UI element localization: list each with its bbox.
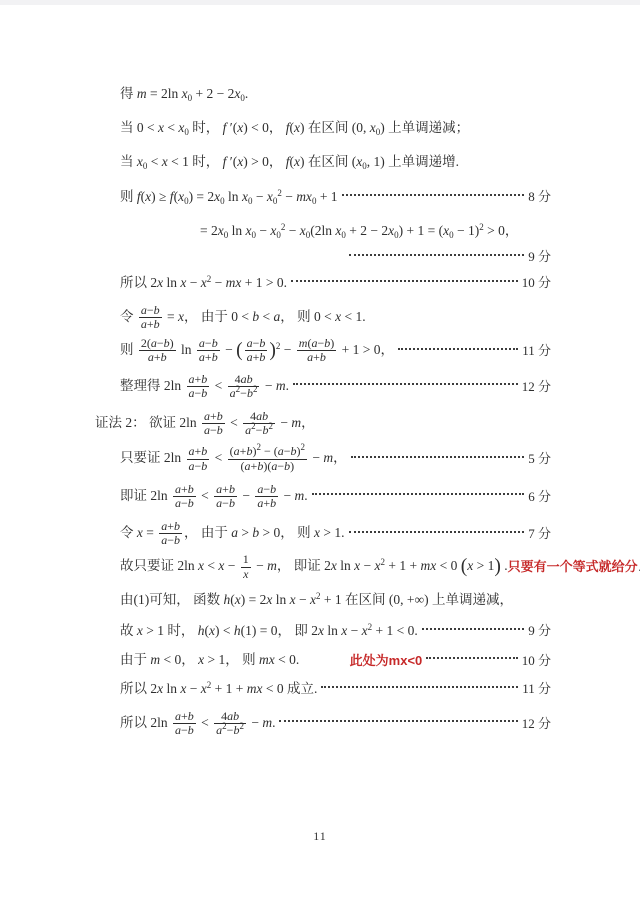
score-label: 6 分: [528, 488, 551, 506]
dotted-leader: [398, 348, 518, 350]
math-content: 当 x0 < x < 1 时， f ′(x) > 0， f(x) 在区间 (x0…: [120, 153, 459, 171]
math-content: 令 a−ba+b = x， 由于 0 < b < a， 则 0 < x < 1.: [120, 304, 366, 331]
math-line: 则 f(x) ≥ f(x0) = 2x0 ln x0 − x02 − mx0 +…: [95, 188, 551, 206]
math-content: 证法 2： 欲证 2ln a+ba−b < 4aba2−b2 − m，: [95, 410, 315, 437]
score-label: 7 分: [528, 525, 551, 543]
math-content: 由(1)可知， 函数 h(x) = 2x ln x − x2 + 1 在区间 (…: [120, 591, 513, 609]
score-label: 9 分: [528, 248, 551, 266]
math-line: 证法 2： 欲证 2ln a+ba−b < 4aba2−b2 − m，: [95, 410, 551, 437]
solution-lines: 得 m = 2ln x0 + 2 − 2x0. 当 0 < x < x0 时， …: [95, 5, 551, 737]
math-line: 得 m = 2ln x0 + 2 − 2x0.: [95, 85, 551, 103]
math-content: 即证 2ln a+ba−b < a+ba−b − a−ba+b − m.: [120, 483, 308, 510]
document-page: 得 m = 2ln x0 + 2 − 2x0. 当 0 < x < x0 时， …: [0, 0, 640, 903]
math-line: 令 x = a+ba−b， 由于 a > b > 0， 则 x > 1. 7 分: [95, 520, 551, 547]
dotted-leader: [291, 280, 518, 282]
math-line: 所以 2x ln x − x2 + 1 + mx < 0 成立. 11 分: [95, 680, 551, 698]
dotted-leader: [312, 493, 525, 495]
dotted-leader: [426, 657, 517, 659]
score-label: 11 分: [522, 342, 551, 360]
score-label: 5 分: [528, 450, 551, 468]
math-line: = 2x0 ln x0 − x02 − x0(2ln x0 + 2 − 2x0)…: [95, 222, 551, 240]
dotted-leader: [279, 720, 517, 722]
math-line: 9 分: [95, 248, 551, 266]
math-line: 即证 2ln a+ba−b < a+ba−b − a−ba+b − m. 6 分: [95, 483, 551, 510]
math-line: 由于 m < 0， x > 1， 则 mx < 0. 此处为mx<0 10 分: [95, 651, 551, 669]
math-line: 故只要证 2ln x < x − 1x − m， 即证 2x ln x − x2…: [95, 553, 551, 580]
math-line: 只要证 2ln a+ba−b < (a+b)2 − (a−b)2(a+b)(a−…: [95, 445, 551, 472]
math-line: 则 2(a−b)a+b ln a−ba+b − (a−ba+b)2 − m(a−…: [95, 337, 551, 364]
math-content: 当 0 < x < x0 时， f ′(x) < 0， f(x) 在区间 (0,…: [120, 119, 469, 137]
math-line: 令 a−ba+b = x， 由于 0 < b < a， 则 0 < x < 1.: [95, 304, 551, 331]
math-content: 所以 2x ln x − x2 − mx + 1 > 0.: [120, 274, 287, 292]
math-line: 当 x0 < x < 1 时， f ′(x) > 0， f(x) 在区间 (x0…: [95, 153, 551, 171]
score-label: 8 分: [528, 188, 551, 206]
math-line: 所以 2ln a+ba−b < 4aba2−b2 − m. 12 分: [95, 710, 551, 737]
math-content: 故只要证 2ln x < x − 1x − m， 即证 2x ln x − x2…: [120, 553, 508, 580]
math-line: 故 x > 1 时， h(x) < h(1) = 0， 即 2x ln x − …: [95, 622, 551, 640]
score-label: 12 分: [522, 715, 551, 733]
math-line: 整理得 2ln a+ba−b < 4aba2−b2 − m. 12 分: [95, 373, 551, 400]
score-label: 9 分: [528, 622, 551, 640]
math-content: 只要证 2ln a+ba−b < (a+b)2 − (a−b)2(a+b)(a−…: [120, 445, 347, 472]
math-content: 则 f(x) ≥ f(x0) = 2x0 ln x0 − x02 − mx0 +…: [120, 188, 338, 206]
math-content: 故 x > 1 时， h(x) < h(1) = 0， 即 2x ln x − …: [120, 622, 418, 640]
red-annotation: 此处为mx<0: [350, 652, 423, 670]
math-content: 由于 m < 0， x > 1， 则 mx < 0.: [120, 651, 299, 669]
math-content: 则 2(a−b)a+b ln a−ba+b − (a−ba+b)2 − m(a−…: [120, 337, 394, 364]
math-line: 由(1)可知， 函数 h(x) = 2x ln x − x2 + 1 在区间 (…: [95, 591, 551, 609]
score-label: 11 分: [522, 680, 551, 698]
dotted-leader: [349, 531, 525, 533]
dotted-leader: [349, 254, 524, 256]
dotted-leader: [293, 383, 518, 385]
math-content: 令 x = a+ba−b， 由于 a > b > 0， 则 x > 1.: [120, 520, 345, 547]
math-content: 所以 2x ln x − x2 + 1 + mx < 0 成立.: [120, 680, 317, 698]
math-line: 所以 2x ln x − x2 − mx + 1 > 0. 10 分: [95, 274, 551, 292]
red-annotation: 只要有一个等式就给分: [508, 558, 638, 576]
math-content: 所以 2ln a+ba−b < 4aba2−b2 − m.: [120, 710, 275, 737]
math-content: 整理得 2ln a+ba−b < 4aba2−b2 − m.: [120, 373, 289, 400]
math-line: 当 0 < x < x0 时， f ′(x) < 0， f(x) 在区间 (0,…: [95, 119, 551, 137]
math-content: = 2x0 ln x0 − x02 − x0(2ln x0 + 2 − 2x0)…: [200, 222, 518, 240]
dotted-leader: [321, 686, 518, 688]
score-label: 10 分: [522, 652, 551, 670]
page-number: 11: [0, 829, 640, 844]
math-content: 得 m = 2ln x0 + 2 − 2x0.: [120, 85, 248, 103]
dotted-leader: [342, 194, 525, 196]
score-label: 12 分: [522, 378, 551, 396]
score-label: 10 分: [522, 274, 551, 292]
dotted-leader: [422, 628, 525, 630]
dotted-leader: [351, 456, 525, 458]
